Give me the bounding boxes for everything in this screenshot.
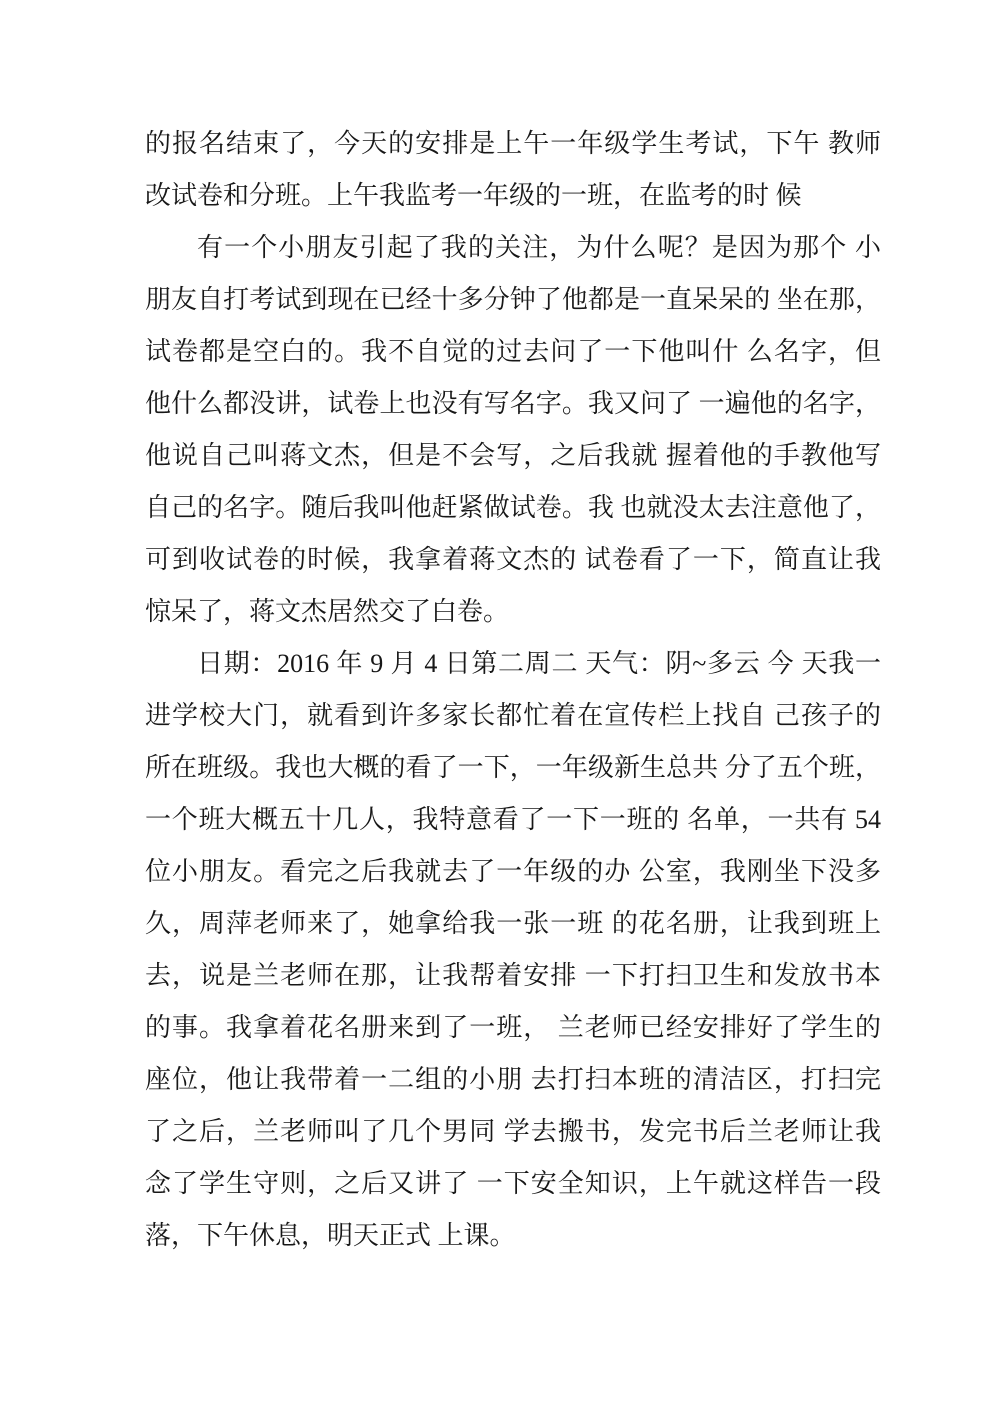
text-line: 去，说是兰老师在那，让我帮着安排 一下打扫卫生和发放书本 xyxy=(145,950,881,1002)
document-body: 的报名结束了，今天的安排是上午一年级学生考试，下午 教师 改试卷和分班。上午我监… xyxy=(145,118,881,1262)
text-line: 一个班大概五十几人，我特意看了一下一班的 名单，一共有 54 xyxy=(145,794,881,846)
text-line: 他说自己叫蒋文杰，但是不会写，之后我就 握着他的手教他写 xyxy=(145,430,881,482)
text-line: 日期：2016 年 9 月 4 日第二周二 天气：阴~多云 今 天我一 xyxy=(145,638,881,690)
text-line: 改试卷和分班。上午我监考一年级的一班，在监考的时 候 xyxy=(145,170,881,222)
text-line: 有一个小朋友引起了我的关注，为什么呢？是因为那个 小 xyxy=(145,222,881,274)
text-line: 位小朋友。看完之后我就去了一年级的办 公室，我刚坐下没多 xyxy=(145,846,881,898)
text-line: 念了学生守则，之后又讲了 一下安全知识，上午就这样告一段 xyxy=(145,1158,881,1210)
text-line: 进学校大门，就看到许多家长都忙着在宣传栏上找自 己孩子的 xyxy=(145,690,881,742)
text-line: 了之后，兰老师叫了几个男同 学去搬书，发完书后兰老师让我 xyxy=(145,1106,881,1158)
text-line: 的事。我拿着花名册来到了一班， 兰老师已经安排好了学生的 xyxy=(145,1002,881,1054)
text-line: 惊呆了，蒋文杰居然交了白卷。 xyxy=(145,586,881,638)
text-line: 试卷都是空白的。我不自觉的过去问了一下他叫什 么名字，但 xyxy=(145,326,881,378)
text-line: 他什么都没讲，试卷上也没有写名字。我又问了 一遍他的名字， xyxy=(145,378,881,430)
document-page: 的报名结束了，今天的安排是上午一年级学生考试，下午 教师 改试卷和分班。上午我监… xyxy=(0,0,1000,1415)
text-line: 朋友自打考试到现在已经十多分钟了他都是一直呆呆的 坐在那， xyxy=(145,274,881,326)
text-line: 落，下午休息，明天正式 上课。 xyxy=(145,1210,881,1262)
text-line: 座位，他让我带着一二组的小朋 去打扫本班的清洁区，打扫完 xyxy=(145,1054,881,1106)
text-line: 久，周萍老师来了，她拿给我一张一班 的花名册，让我到班上 xyxy=(145,898,881,950)
text-line: 的报名结束了，今天的安排是上午一年级学生考试，下午 教师 xyxy=(145,118,881,170)
text-line: 所在班级。我也大概的看了一下，一年级新生总共 分了五个班， xyxy=(145,742,881,794)
paragraph: 的报名结束了，今天的安排是上午一年级学生考试，下午 教师 改试卷和分班。上午我监… xyxy=(145,118,881,222)
paragraph: 有一个小朋友引起了我的关注，为什么呢？是因为那个 小 朋友自打考试到现在已经十多… xyxy=(145,222,881,638)
text-line: 自己的名字。随后我叫他赶紧做试卷。我 也就没太去注意他了， xyxy=(145,482,881,534)
paragraph: 日期：2016 年 9 月 4 日第二周二 天气：阴~多云 今 天我一 进学校大… xyxy=(145,638,881,1262)
text-line: 可到收试卷的时候，我拿着蒋文杰的 试卷看了一下，简直让我 xyxy=(145,534,881,586)
